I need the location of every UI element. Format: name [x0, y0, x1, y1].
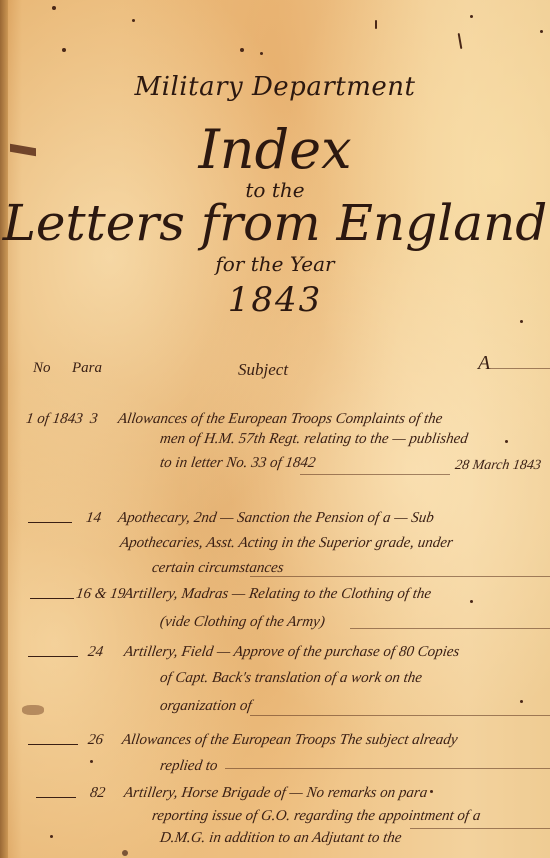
entry-para: 14 — [85, 510, 102, 527]
entry-line: of Capt. Back's translation of a work on… — [159, 670, 423, 687]
column-answer-header: A — [478, 352, 490, 375]
ink-spot — [375, 20, 377, 29]
entry-line: men of H.M. 57th Regt. relating to the —… — [159, 431, 469, 448]
entry-line: Artillery, Madras — Relating to the Clot… — [123, 586, 432, 603]
entry-rule — [410, 828, 550, 829]
entry-para: 16 & 19 — [75, 586, 127, 603]
entry-letter-ref: 1 of 1843 — [25, 411, 84, 428]
entry-date: 28 March 1843 — [454, 458, 542, 474]
entry-line: certain circumstances — [151, 560, 285, 577]
entry-rule — [225, 768, 550, 769]
column-subject-header: Subject — [238, 360, 288, 380]
ink-spot — [520, 700, 523, 703]
ink-spot — [62, 48, 66, 52]
ink-spot — [52, 6, 56, 10]
entry-line: Artillery, Horse Brigade of — No remarks… — [123, 785, 429, 802]
department-heading: Military Department — [0, 72, 550, 102]
index-title: Index — [0, 118, 550, 181]
column-number-header: No — [33, 360, 51, 377]
ink-spot — [50, 835, 53, 838]
entry-line: Apothecary, 2nd — Sanction the Pension o… — [117, 510, 435, 527]
entry-para: 82 — [89, 785, 106, 802]
ink-spot — [132, 19, 135, 22]
ditto-dash — [28, 656, 78, 657]
entry-line: Allowances of the European Troops Compla… — [117, 411, 444, 428]
ink-spot — [540, 30, 543, 33]
ditto-dash — [30, 598, 74, 599]
ditto-dash — [28, 744, 78, 745]
entry-line: reporting issue of G.O. regarding the ap… — [151, 808, 482, 825]
for-the-year-text: for the Year — [0, 252, 550, 276]
entry-line: D.M.G. in addition to an Adjutant to the — [159, 830, 403, 847]
ink-spot — [260, 52, 263, 55]
entry-line: replied to — [159, 758, 219, 775]
entry-line: to in letter No. 33 of 1842 — [159, 455, 317, 472]
entry-line: Allowances of the European Troops The su… — [121, 732, 459, 749]
entry-para: 24 — [87, 644, 104, 661]
entry-rule — [350, 628, 550, 629]
entry-para: 26 — [87, 732, 104, 749]
entry-rule — [250, 715, 550, 716]
ink-spot — [240, 48, 244, 52]
ink-spot — [90, 760, 93, 763]
water-stain — [22, 705, 44, 715]
ink-spot — [470, 600, 473, 603]
entry-rule — [300, 474, 450, 475]
year-heading: 1843 — [0, 280, 550, 320]
entry-line: Artillery, Field — Approve of the purcha… — [123, 644, 461, 661]
entry-line: Apothecaries, Asst. Acting in the Superi… — [119, 535, 454, 552]
ditto-dash — [36, 797, 76, 798]
ink-spot — [430, 790, 433, 793]
ink-spot — [470, 15, 473, 18]
ink-spot — [122, 850, 128, 856]
column-para-header: Para — [72, 360, 102, 377]
ditto-dash — [28, 522, 72, 523]
entry-line: organization of — [159, 698, 253, 715]
entry-line: (vide Clothing of the Army) — [159, 614, 326, 631]
ink-spot — [520, 320, 523, 323]
entry-rule — [250, 576, 550, 577]
ink-spot — [505, 440, 508, 443]
header-rule — [490, 368, 550, 369]
letters-title: Letters from England — [0, 194, 550, 252]
